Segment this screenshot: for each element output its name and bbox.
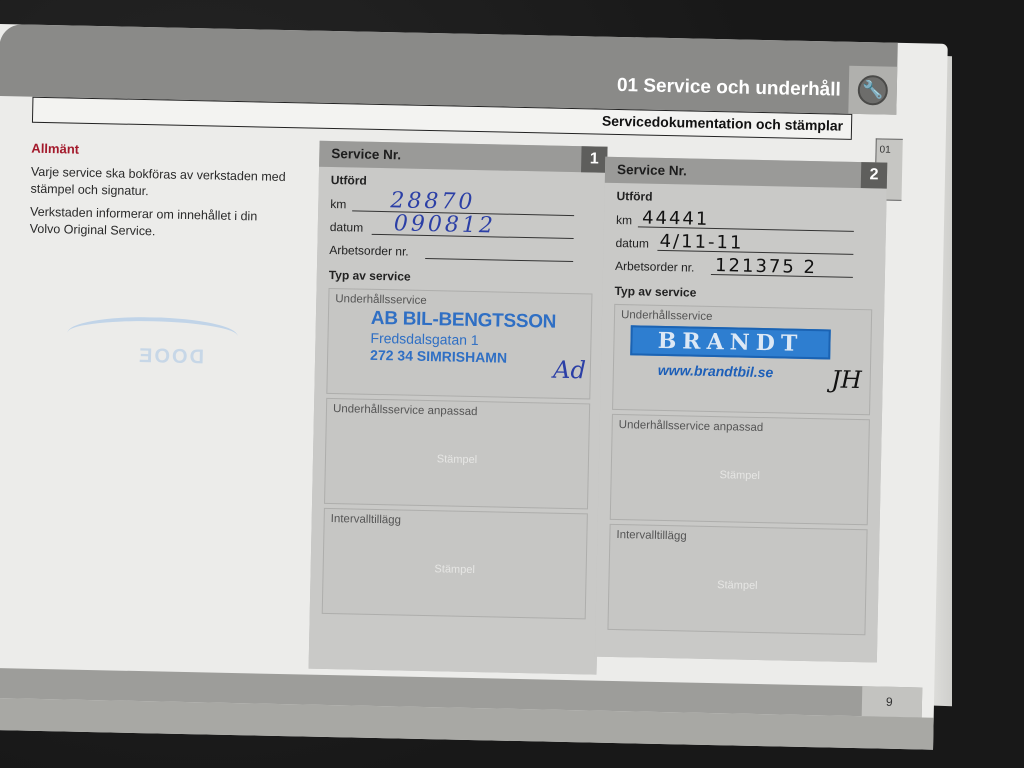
order-field[interactable]: Arbetsorder nr. 121375 2	[615, 253, 873, 281]
km-value: 44441	[642, 207, 710, 229]
stamp-placeholder: Stämpel	[326, 451, 588, 468]
card-body: Utförd km 44441 datum 4/11-11 Arbetsorde…	[595, 183, 887, 663]
slot-label: Underhållsservice	[621, 309, 713, 323]
service-book-page: 01 Service och underhåll 🔧 Servicedokume…	[0, 24, 948, 750]
card-title: Service Nr.	[617, 162, 687, 178]
stamp-brand: BRANDT	[630, 325, 831, 359]
stamp-placeholder: Stämpel	[324, 561, 586, 578]
slot-label: Underhållsservice anpassad	[333, 403, 478, 418]
slot-underhallsservice[interactable]: Underhållsservice BRANDT www.brandtbil.s…	[612, 304, 872, 415]
datum-label: datum	[330, 220, 364, 235]
intro-heading: Allmänt	[31, 141, 291, 161]
stamp-placeholder: Stämpel	[612, 467, 868, 484]
signature: Ad	[553, 356, 586, 385]
intro-paragraph: Varje service ska bokföras av verkstaden…	[30, 164, 291, 203]
card-body: Utförd km 28870 datum 090812 Arbetsorder…	[309, 167, 607, 675]
chapter-title: 01 Service och underhåll	[617, 75, 841, 102]
intro-paragraph: Verkstaden informerar om innehållet i di…	[30, 204, 291, 243]
dealer-stamp: BRANDT www.brandtbil.se	[630, 325, 831, 381]
service-card-2: Service Nr. 2 Utförd km 44441 datum 4/11…	[595, 157, 887, 663]
offset-stamp-text: DOOE	[137, 345, 204, 369]
intro-section: Allmänt Varje service ska bokföras av ve…	[29, 141, 291, 249]
card-number: 1	[581, 146, 608, 173]
signature: JH	[831, 365, 862, 394]
order-line	[425, 258, 573, 262]
stamp-placeholder: Stämpel	[609, 577, 865, 594]
slot-label: Underhållsservice anpassad	[619, 419, 764, 434]
wrench-icon: 🔧	[857, 75, 888, 106]
side-tab-label: 01	[879, 144, 890, 155]
chapter-icon-box: 🔧	[848, 66, 897, 115]
datum-value: 090812	[394, 211, 496, 238]
utford-label: Utförd	[616, 189, 874, 208]
typ-label: Typ av service	[329, 268, 593, 288]
typ-label: Typ av service	[614, 284, 872, 303]
slot-label: Intervalltillägg	[616, 529, 687, 542]
km-label: km	[330, 197, 346, 211]
card-number: 2	[861, 162, 888, 189]
page-number: 9	[886, 695, 893, 709]
service-card-1: Service Nr. 1 Utförd km 28870 datum 0908…	[309, 141, 608, 675]
datum-value: 4/11-11	[659, 231, 743, 254]
order-label: Arbetsorder nr.	[329, 243, 409, 259]
card-title: Service Nr.	[331, 146, 401, 162]
slot-label: Underhållsservice	[335, 293, 427, 307]
datum-label: datum	[615, 236, 649, 251]
page-number-cell: 9	[862, 686, 923, 717]
order-value: 121375 2	[715, 255, 817, 278]
faint-offset-stamp: DOOE	[26, 305, 238, 389]
section-title: Servicedokumentation och stämplar	[602, 113, 843, 134]
dealer-stamp: AB BIL-BENGTSSON Fredsdalsgatan 1 272 34…	[370, 308, 556, 367]
slot-underhallsservice-anpassad[interactable]: Underhållsservice anpassad Stämpel	[324, 398, 590, 510]
stamp-url: www.brandtbil.se	[658, 362, 830, 382]
stamp-city: 272 34 SIMRISHAMN	[370, 347, 555, 367]
slot-intervalltillagg[interactable]: Intervalltillägg Stämpel	[607, 524, 867, 635]
slot-underhallsservice-anpassad[interactable]: Underhållsservice anpassad Stämpel	[610, 414, 870, 525]
order-label: Arbetsorder nr.	[615, 259, 695, 275]
km-label: km	[616, 213, 632, 227]
order-field[interactable]: Arbetsorder nr.	[329, 237, 593, 266]
slot-intervalltillagg[interactable]: Intervalltillägg Stämpel	[322, 508, 588, 620]
slot-underhallsservice[interactable]: Underhållsservice AB BIL-BENGTSSON Freds…	[326, 288, 592, 400]
slot-label: Intervalltillägg	[331, 513, 402, 526]
